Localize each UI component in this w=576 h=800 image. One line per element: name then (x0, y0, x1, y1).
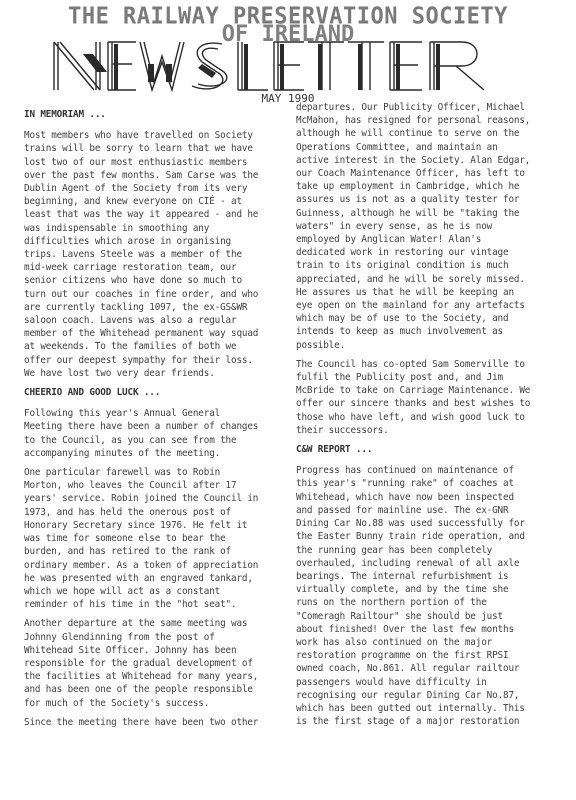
text-line: take up employment in Cambridge, which h… (296, 180, 560, 193)
paragraph: Following this year's Annual GeneralMeet… (24, 407, 288, 460)
text-line: Meeting there have been a number of chan… (24, 420, 288, 433)
text-line: virtually complete, and by the time she (296, 583, 560, 596)
text-line: runs on the northern portion of the (296, 596, 560, 609)
paragraph: Progress has continued on maintenance of… (296, 464, 560, 728)
text-line: reminder of his time in the "hot seat". (24, 598, 288, 611)
text-line: Following this year's Annual General (24, 407, 288, 420)
text-line: the running gear has been completely (296, 544, 560, 557)
section-heading: CHEERIO AND GOOD LUCK ... (24, 386, 288, 399)
text-line: 1973, and has held the onerous post of (24, 506, 288, 519)
text-line: McBride to take on Carriage Maintenance.… (296, 384, 560, 397)
text-line: possible. (296, 339, 560, 352)
text-line: restoration programme on the first RPSI (296, 649, 560, 662)
text-line: One particular farewell was to Robin (24, 466, 288, 479)
text-line: trains will be sorry to learn that we ha… (24, 142, 288, 155)
text-line: least that was the way it appeared - and… (24, 208, 288, 221)
text-line: beginning, and knew everyone on CIÉ - at (24, 195, 288, 208)
text-line: and passed for mainline use. The ex-GNR (296, 504, 560, 517)
text-line: Whitehead Site Officer. Johnny has been (24, 644, 288, 657)
section-heading: C&W REPORT ... (296, 443, 560, 456)
text-line: recognising our regular Dining Car No.87… (296, 689, 560, 702)
text-line: intends to keep as much involvement as (296, 325, 560, 338)
newsletter-wordmark-icon (52, 40, 522, 92)
text-line: active interest in the Society. Alan Edg… (296, 154, 560, 167)
newsletter-title-logo (52, 40, 522, 92)
text-line: We have lost two very dear friends. (24, 367, 288, 380)
text-line: Dining Car No.88 was used successfully f… (296, 517, 560, 530)
text-line: Progress has continued on maintenance of (296, 464, 560, 477)
text-line: Whitehead, which have now been inspected (296, 491, 560, 504)
paragraph: departures. Our Publicity Officer, Micha… (296, 101, 560, 352)
text-line: trips. Lavens Steele was a member of the (24, 248, 288, 261)
text-line: this year's "running rake" of coaches at (296, 477, 560, 490)
paragraph: The Council has co-opted Sam Somerville … (296, 358, 560, 437)
text-line: saloon coach. Lavens was also a regular (24, 314, 288, 327)
text-line: work has also continued on the major (296, 636, 560, 649)
text-line: the facilities at Whitehead for many yea… (24, 670, 288, 683)
text-line: years' service. Robin joined the Council… (24, 492, 288, 505)
text-line: the Easter Bunny train ride operation, a… (296, 530, 560, 543)
text-line: train to its original condition is much (296, 259, 560, 272)
text-line: Another departure at the same meeting wa… (24, 617, 288, 630)
text-line: was time for someone else to bear the (24, 532, 288, 545)
text-line: member of the Whitehead permanent way sq… (24, 327, 288, 340)
text-line: overhauled, including renewal of all axl… (296, 557, 560, 570)
text-line: Honorary Secretary since 1976. He felt i… (24, 519, 288, 532)
text-line: offer our sincere thanks and best wishes… (296, 397, 560, 410)
text-line: mid-week carriage restoration team, our (24, 261, 288, 274)
paragraph: One particular farewell was to RobinMort… (24, 466, 288, 611)
left-column: IN MEMORIAM ... Most members who have tr… (24, 108, 288, 735)
text-line: ordinary member. As a token of appreciat… (24, 559, 288, 572)
text-line: senior citizens who have done so much to (24, 274, 288, 287)
text-line: offer our deepest sympathy for their los… (24, 354, 288, 367)
text-line: at weekends. To the families of both we (24, 340, 288, 353)
text-line: turn out our coaches in fine order, and … (24, 288, 288, 301)
masthead: THE RAILWAY PRESERVATION SOCIETY OF IREL… (0, 0, 576, 110)
text-line: over the past few months. Sam Carse was … (24, 169, 288, 182)
text-line: waters" in every sense, as he is now (296, 220, 560, 233)
text-line: which we hope will act as a constant (24, 585, 288, 598)
text-line: fulfil the Publicity post and, and Jim (296, 371, 560, 384)
text-line: assures us is not as a quality tester fo… (296, 193, 560, 206)
text-line: our Coach Maintenance Officer, has left … (296, 167, 560, 180)
paragraph: Another departure at the same meeting wa… (24, 617, 288, 709)
text-line: and has been one of the people responsib… (24, 683, 288, 696)
text-line: which has been gutted out internally. Th… (296, 702, 560, 715)
paragraph: Since the meeting there have been two ot… (24, 716, 288, 729)
right-column: departures. Our Publicity Officer, Micha… (296, 101, 560, 734)
text-line: employed by Anglican Water! Alan's (296, 233, 560, 246)
text-line: Johnny Glendinning from the post of (24, 631, 288, 644)
text-line: accompanying minutes of the meeting. (24, 447, 288, 460)
text-line: their successors. (296, 424, 560, 437)
text-line: appreciated, and he will be sorely misse… (296, 273, 560, 286)
section-cheerio-and-good-luck: CHEERIO AND GOOD LUCK ... Following this… (24, 386, 288, 729)
paragraph: Most members who have travelled on Socie… (24, 129, 288, 380)
text-line: departures. Our Publicity Officer, Micha… (296, 101, 560, 114)
text-line: Most members who have travelled on Socie… (24, 129, 288, 142)
text-line: owned coach, No.861. All regular railtou… (296, 662, 560, 675)
section-cheerio-continued: departures. Our Publicity Officer, Micha… (296, 101, 560, 437)
text-line: Guinness, although he will be "taking th… (296, 207, 560, 220)
text-line: those who have left, and wish good luck … (296, 411, 560, 424)
text-line: he was presented with an engraved tankar… (24, 572, 288, 585)
text-line: dedicated work in restoring our vintage (296, 246, 560, 259)
text-line: "Comeragh Railtour" she should be just (296, 610, 560, 623)
text-line: for much of the Society's success. (24, 697, 288, 710)
section-in-memoriam: IN MEMORIAM ... Most members who have tr… (24, 108, 288, 380)
text-line: He assures us that he will be keeping an (296, 286, 560, 299)
text-line: burden, and has retired to the rank of (24, 545, 288, 558)
text-line: is the first stage of a major restoratio… (296, 715, 560, 728)
section-heading: IN MEMORIAM ... (24, 108, 288, 121)
text-line: passengers would have difficulty in (296, 676, 560, 689)
text-line: eye open on the mainland for any artefac… (296, 299, 560, 312)
section-cw-report: C&W REPORT ... Progress has continued on… (296, 443, 560, 728)
text-line: which may be of use to the Society, and (296, 312, 560, 325)
text-line: Operations Committee, and maintain an (296, 141, 560, 154)
text-line: Dublin Agent of the Society from its ver… (24, 182, 288, 195)
text-line: are currently tackling 1097, the ex-GS&W… (24, 301, 288, 314)
text-line: difficulties which arose in organising (24, 235, 288, 248)
text-line: The Council has co-opted Sam Somerville … (296, 358, 560, 371)
text-line: responsible for the gradual development … (24, 657, 288, 670)
text-line: McMahon, has resigned for personal reaso… (296, 114, 560, 127)
text-line: bearings. The internal refurbishment is (296, 570, 560, 583)
text-line: was indispensable in smoothing any (24, 222, 288, 235)
text-line: Morton, who leaves the Council after 17 (24, 479, 288, 492)
text-line: Since the meeting there have been two ot… (24, 716, 288, 729)
text-line: lost two of our most enthusiastic member… (24, 156, 288, 169)
text-line: although he will continue to serve on th… (296, 127, 560, 140)
text-line: about finished! Over the last few months (296, 623, 560, 636)
text-line: to the Council, as you can see from the (24, 434, 288, 447)
